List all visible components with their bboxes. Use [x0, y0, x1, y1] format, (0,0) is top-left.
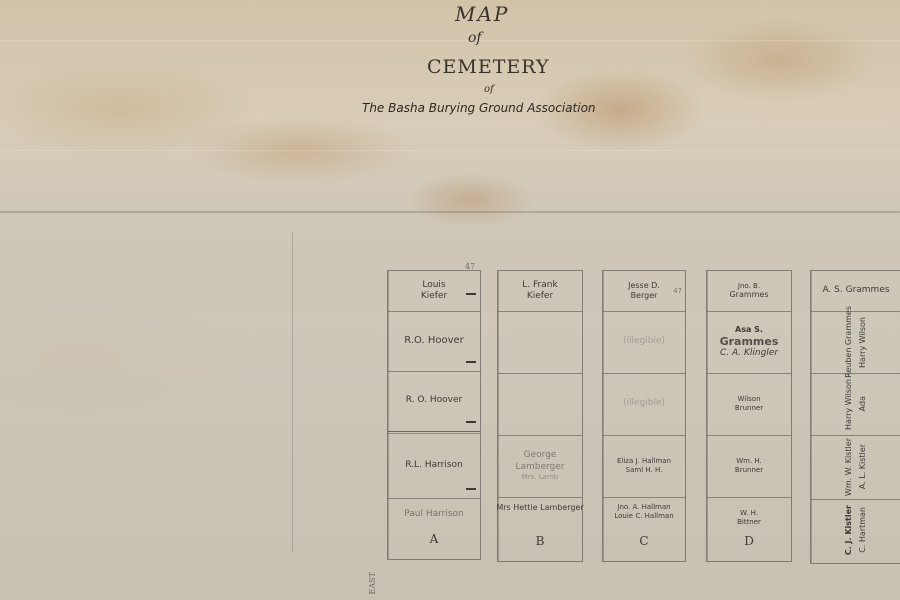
column-letter-c: C [603, 534, 685, 549]
plot-d3[interactable]: Wilson Brunner [707, 373, 791, 436]
plot-b3[interactable] [498, 373, 582, 436]
plot-a1[interactable]: Louis Kiefer [388, 271, 480, 312]
title-map: MAP [455, 2, 509, 26]
column-letter-b: B [498, 534, 582, 549]
title-of-small: of [484, 84, 494, 95]
plot-d1[interactable]: Jno. B. Grammes [707, 271, 791, 312]
plot-column-d: Jno. B. Grammes Asa S. Grammes C. A. Kli… [706, 270, 792, 562]
plot-e3[interactable]: Harry Wilson Ada [811, 373, 900, 436]
east-label: EAST [368, 572, 377, 594]
plot-e4[interactable]: Wm. W. Kistler A. L. Kistler [811, 435, 900, 500]
plot-c1[interactable]: Jesse D. Berger 47 [603, 271, 685, 312]
plot-b1[interactable]: L. Frank Kiefer [498, 271, 582, 312]
plot-b5[interactable]: Mrs Hettie Lamberger B [498, 497, 582, 559]
plot-e1[interactable]: A. S. Grammes [811, 271, 900, 312]
plot-b4[interactable]: George Lamberger Mrs. Lamb [498, 435, 582, 498]
plot-d5[interactable]: W. H. Bittner D [707, 497, 791, 559]
plot-a4[interactable]: R.L. Harrison [388, 431, 480, 499]
plot-c5[interactable]: Jno. A. Hallman Louie C. Hallman C [603, 497, 685, 559]
plot-column-b: L. Frank Kiefer George Lamberger Mrs. La… [497, 270, 583, 562]
plot-d4[interactable]: Wm. H. Brunner [707, 435, 791, 498]
plot-c4[interactable]: Eliza J. Hallman Saml H. H. [603, 435, 685, 498]
plot-c3[interactable]: (illegible) [603, 373, 685, 436]
plot-d2[interactable]: Asa S. Grammes C. A. Klingler [707, 311, 791, 374]
pencil-margin-line [292, 232, 313, 552]
plot-column-a: Louis Kiefer R.O. Hoover R. O. Hoover R.… [387, 270, 481, 560]
plot-a3[interactable]: R. O. Hoover [388, 371, 480, 432]
title-cemetery: CEMETERY [427, 56, 550, 78]
paper-crease [0, 40, 900, 41]
title-of: of [468, 30, 482, 46]
paper-fold-line [0, 211, 900, 213]
plot-column-c: Jesse D. Berger 47 (illegible) (illegibl… [602, 270, 686, 562]
paper-crease [0, 150, 900, 151]
plot-e5[interactable]: C. J. Kistler C. Hartman [811, 499, 900, 561]
column-letter-a: A [388, 532, 480, 547]
plot-a2[interactable]: R.O. Hoover [388, 311, 480, 372]
plot-b2[interactable] [498, 311, 582, 374]
association-name: The Basha Burying Ground Association [362, 101, 596, 115]
plot-column-e: A. S. Grammes Reuben Grammes Harry Wilso… [810, 270, 900, 564]
plot-e2[interactable]: Reuben Grammes Harry Wilson [811, 311, 900, 374]
plot-a5[interactable]: Paul Harrison A [388, 495, 480, 557]
plot-c2[interactable]: (illegible) [603, 311, 685, 374]
column-letter-d: D [707, 534, 791, 549]
